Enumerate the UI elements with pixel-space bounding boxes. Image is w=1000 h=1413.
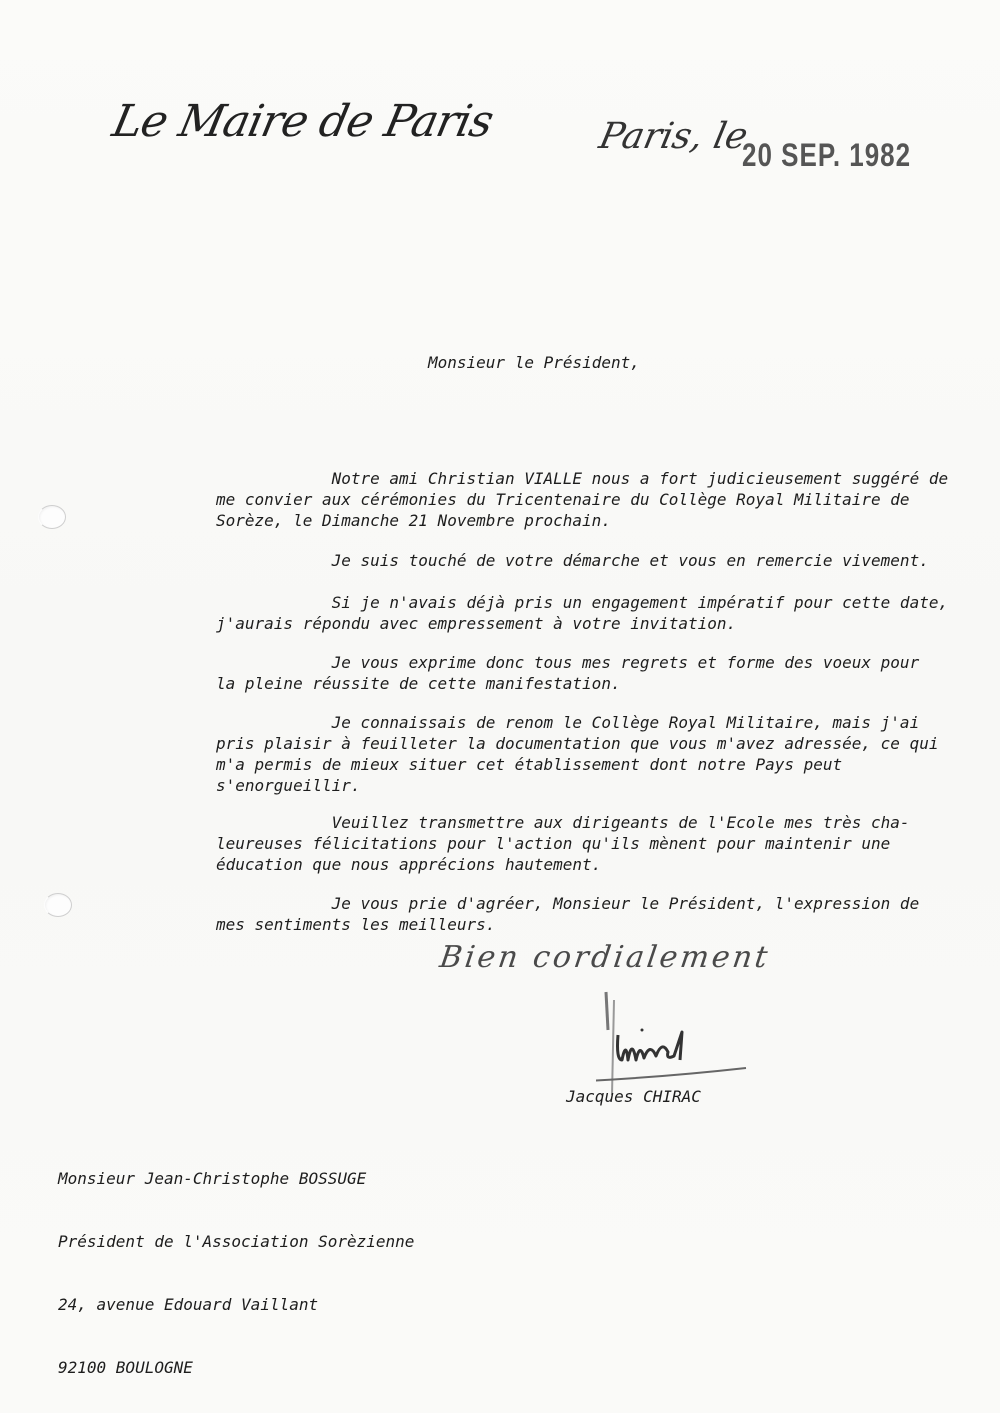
recipient-line: Monsieur Jean-Christophe BOSSUGE	[58, 1168, 414, 1189]
body-paragraph: Je vous exprime donc tous mes regrets et…	[216, 652, 976, 694]
recipient-address: Monsieur Jean-Christophe BOSSUGE Préside…	[58, 1126, 414, 1413]
body-paragraph: Je suis touché de votre démarche et vous…	[216, 550, 976, 571]
recipient-line: Président de l'Association Sorèzienne	[58, 1231, 414, 1252]
letterhead-place: Paris, le	[596, 116, 752, 157]
letter-page: Le Maire de Paris Paris, le 20 SEP. 1982…	[0, 0, 1000, 1413]
punch-hole-icon	[38, 505, 66, 529]
signer-name: Jacques CHIRAC	[566, 1086, 701, 1107]
salutation: Monsieur le Président,	[428, 352, 640, 373]
body-paragraph: Veuillez transmettre aux dirigeants de l…	[216, 812, 976, 875]
recipient-line: 92100 BOULOGNE	[58, 1357, 414, 1378]
body-paragraph: Je connaissais de renom le Collège Royal…	[216, 712, 976, 796]
body-paragraph: Je vous prie d'agréer, Monsieur le Prési…	[216, 893, 976, 935]
body-paragraph: Notre ami Christian VIALLE nous a fort j…	[216, 468, 976, 531]
punch-hole-icon	[44, 893, 72, 917]
letterhead-title: Le Maire de Paris	[108, 96, 497, 147]
handwritten-closing: Bien cordialement	[438, 940, 773, 975]
signature-icon	[596, 990, 776, 1100]
date-stamp: 20 SEP. 1982	[742, 136, 911, 175]
body-paragraph: Si je n'avais déjà pris un engagement im…	[216, 592, 976, 634]
recipient-line: 24, avenue Edouard Vaillant	[58, 1294, 414, 1315]
